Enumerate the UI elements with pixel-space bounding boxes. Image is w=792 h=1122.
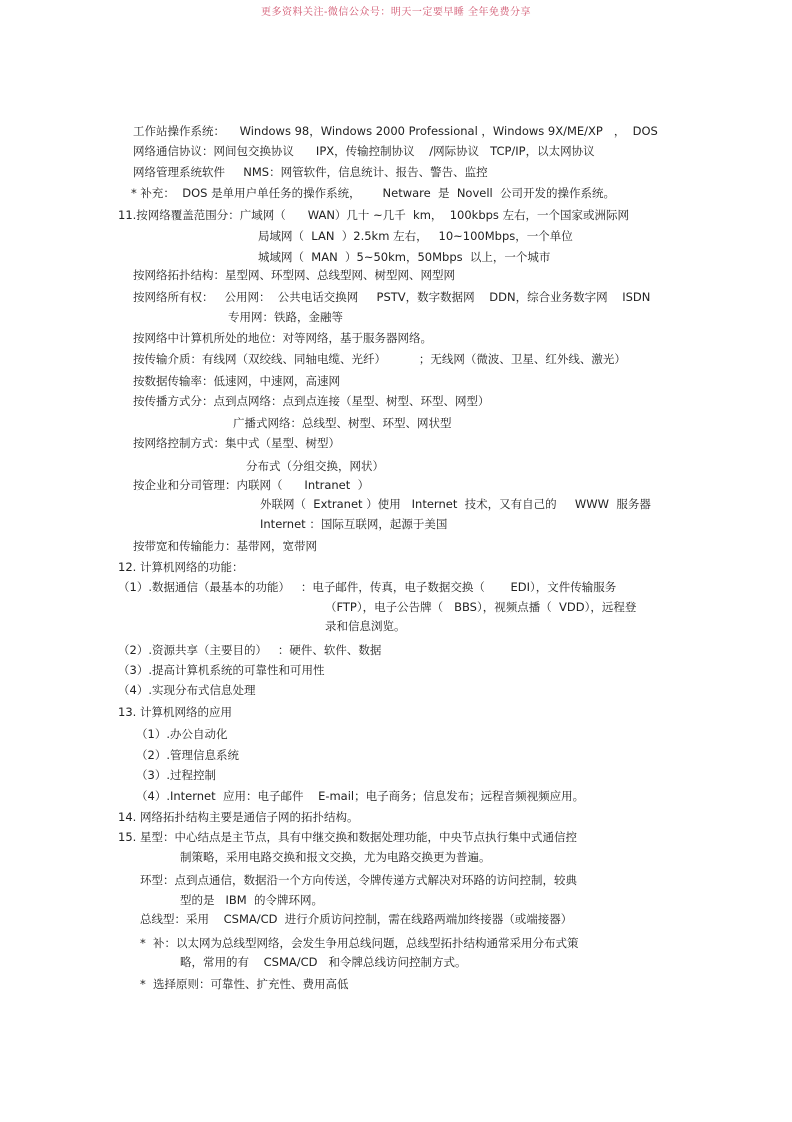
line-bandwidth: 按带宽和传输能力：基带网，宽带网 — [133, 539, 317, 553]
line-nms: 网络管理系统软件 NMS：网管软件，信息统计、报告、警告、监控 — [133, 165, 488, 179]
section-11-heading: 11.按网络覆盖范围分：广域网（ WAN）几十 ~几千 km， 100kbps … — [118, 208, 629, 222]
line-app-1: （1）.办公自动化 — [136, 727, 227, 741]
line-internet: Internet ：国际互联网，起源于美国 — [260, 517, 447, 531]
line-func-1-cont: （FTP），电子公告牌（ BBS），视频点播（ VDD），远程登 — [325, 600, 636, 614]
line-rate: 按数据传输率：低速网，中速网，高速网 — [133, 374, 340, 388]
line-supplement: * 补充： DOS 是单用户单任务的操作系统， Netware 是 Novell… — [131, 186, 615, 200]
line-distributed: 分布式（分组交换，网状） — [246, 459, 384, 473]
line-app-3: （3）.过程控制 — [136, 768, 216, 782]
line-intranet: 按企业和分司管理：内联网（ Intranet ） — [133, 478, 369, 492]
line-func-2: （2）.资源共享（主要目的） ：硬件、软件、数据 — [118, 643, 381, 657]
line-os: 工作站操作系统： Windows 98，Windows 2000 Profess… — [133, 124, 658, 138]
line-func-1-cont2: 录和信息浏览。 — [325, 619, 406, 633]
section-14-heading: 14. 网络拓扑结构主要是通信子网的拓扑结构。 — [118, 810, 358, 824]
section-13-heading: 13. 计算机网络的应用 — [118, 705, 232, 719]
line-ring-cont: 型的是 IBM 的令牌环网。 — [180, 893, 323, 907]
line-func-1: （1）.数据通信（最基本的功能） ：电子邮件，传真，电子数据交换（ EDI），文… — [118, 580, 616, 594]
line-app-4: （4）.Internet 应用：电子邮件 E-mail；电子商务；信息发布；远程… — [136, 789, 584, 803]
line-status: 按网络中计算机所处的地位：对等网络，基于服务器网络。 — [133, 331, 432, 345]
line-star-cont: 制策略，采用电路交换和报文交换，尤为电路交换更为普遍。 — [180, 850, 491, 864]
line-medium: 按传输介质：有线网（双绞线、同轴电缆、光纤） ；无线网（微波、卫星、红外线、激光… — [133, 352, 626, 366]
line-extranet: 外联网（ Extranet ）使用 Internet 技术，又有自己的 WWW … — [260, 497, 651, 511]
line-func-3: （3）.提高计算机系统的可靠性和可用性 — [118, 663, 324, 677]
line-man: 城域网（ MAN ）5~50km，50Mbps 以上，一个城市 — [258, 250, 550, 264]
line-note-cont: 略，常用的有 CSMA/CD 和令牌总线访问控制方式。 — [180, 955, 466, 969]
line-func-4: （4）.实现分布式信息处理 — [118, 683, 255, 697]
line-protocol: 网络通信协议：网间包交换协议 IPX，传输控制协议 /网际协议 TCP/IP，以… — [133, 144, 595, 158]
line-app-2: （2）.管理信息系统 — [136, 748, 239, 762]
section-15-heading: 15. 星型：中心结点是主节点，具有中继交换和数据处理功能，中央节点执行集中式通… — [118, 830, 577, 844]
line-lan: 局域网（ LAN ）2.5km 左右， 10~100Mbps，一个单位 — [258, 229, 573, 243]
line-propagation: 按传播方式分：点到点网络：点到点连接（星型、树型、环型、网型） — [133, 394, 490, 408]
promo-header: 更多资料关注-微信公众号：明天一定要早睡 全年免费分享 — [0, 3, 792, 18]
line-principle: * 选择原则：可靠性、扩充性、费用高低 — [140, 977, 349, 991]
section-12-heading: 12. 计算机网络的功能： — [118, 560, 243, 574]
line-private-net: 专用网：铁路，金融等 — [228, 310, 343, 324]
line-control: 按网络控制方式：集中式（星型、树型） — [133, 436, 340, 450]
line-note: * 补：以太网为总线型网络，会发生争用总线问题，总线型拓扑结构通常采用分布式策 — [140, 936, 579, 950]
line-ownership: 按网络所有权： 公用网： 公共电话交换网 PSTV，数字数据网 DDN，综合业务… — [133, 290, 650, 304]
line-bus: 总线型：采用 CSMA/CD 进行介质访问控制，需在线路两端加终接器（或端接器） — [140, 912, 572, 926]
line-topology: 按网络拓扑结构：星型网、环型网、总线型网、树型网、网型网 — [133, 268, 455, 282]
line-ring: 环型：点到点通信，数据沿一个方向传送，令牌传递方式解决对环路的访问控制，较典 — [140, 873, 577, 887]
line-broadcast: 广播式网络：总线型、树型、环型、网状型 — [233, 416, 452, 430]
